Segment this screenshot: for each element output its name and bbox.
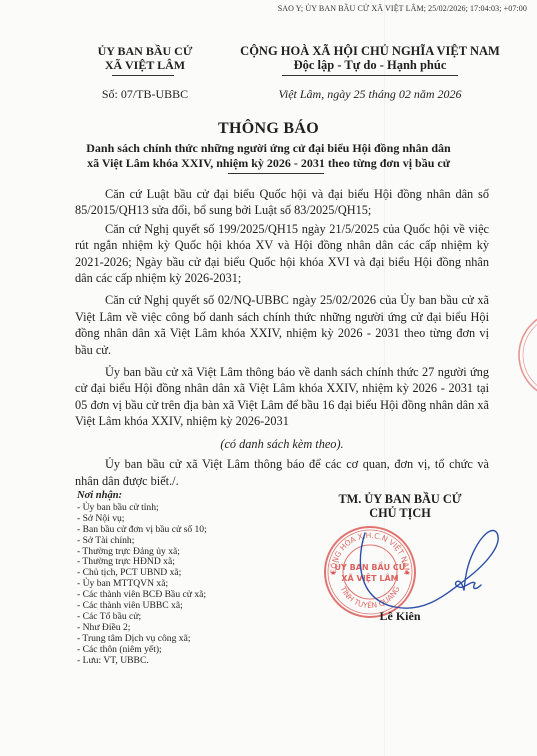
subtitle-underline bbox=[228, 173, 324, 174]
legal-basis-1: Căn cứ Luật bầu cử đại biểu Quốc hội và … bbox=[75, 186, 489, 219]
national-header: CỘNG HOÀ XÃ HỘI CHỦ NGHĨA VIỆT NAM Độc l… bbox=[225, 44, 515, 72]
recipients-list: - Ủy ban bầu cử tỉnh;- Sở Nội vụ;- Ban b… bbox=[77, 503, 207, 667]
agency-line1: ỦY BAN BẦU CỬ bbox=[60, 44, 230, 58]
signature-block: TM. ỦY BAN BẦU CỬ CHỦ TỊCH bbox=[300, 492, 500, 520]
partial-seal-icon bbox=[515, 300, 537, 410]
document-subtitle: Danh sách chính thức những người ứng cử … bbox=[40, 141, 497, 171]
signer-name: Lê Kiên bbox=[300, 609, 500, 624]
recipients-title: Nơi nhận: bbox=[77, 491, 207, 502]
attachment-note: (có danh sách kèm theo). bbox=[75, 436, 489, 452]
country-name: CỘNG HOÀ XÃ HỘI CHỦ NGHĨA VIỆT NAM bbox=[225, 44, 515, 58]
recipient-item: - Lưu: VT, UBBC. bbox=[77, 656, 207, 667]
signer-position: CHỦ TỊCH bbox=[300, 506, 500, 520]
recipient-item: - Ban bầu cử đơn vị bầu cử số 10; bbox=[77, 525, 207, 536]
on-behalf-label: TM. ỦY BAN BẦU CỬ bbox=[300, 492, 500, 506]
recipient-item: - Sở Tài chính; bbox=[77, 536, 207, 547]
legal-basis-2: Căn cứ Nghị quyết số 199/2025/QH15 ngày … bbox=[75, 221, 489, 287]
announcement-paragraph: Ủy ban bầu cử xã Việt Lâm thông báo về d… bbox=[75, 364, 489, 430]
motto: Độc lập - Tự do - Hạnh phúc bbox=[225, 58, 515, 72]
recipients-block: Nơi nhận: - Ủy ban bầu cử tỉnh;- Sở Nội … bbox=[77, 491, 207, 667]
copy-stamp: SAO Y; ỦY BAN BẦU CỬ XÃ VIỆT LÂM; 25/02/… bbox=[278, 4, 527, 13]
place-date: Việt Lâm, ngày 25 tháng 02 năm 2026 bbox=[225, 87, 515, 102]
document-body: Căn cứ Luật bầu cử đại biểu Quốc hội và … bbox=[75, 186, 489, 495]
svg-text:★: ★ bbox=[330, 569, 336, 577]
subtitle-line1: Danh sách chính thức những người ứng cử … bbox=[40, 141, 497, 156]
agency-underline bbox=[112, 75, 174, 76]
legal-basis-3: Căn cứ Nghị quyết số 02/NQ-UBBC ngày 25/… bbox=[75, 292, 489, 358]
subtitle-line2: xã Việt Lâm khóa XXIV, nhiệm kỳ 2026 - 2… bbox=[40, 156, 497, 171]
closing-paragraph: Ủy ban bầu cử xã Việt Lâm thông báo để c… bbox=[75, 456, 489, 489]
agency-line2: XÃ VIỆT LÂM bbox=[60, 58, 230, 72]
issuing-agency: ỦY BAN BẦU CỬ XÃ VIỆT LÂM bbox=[60, 44, 230, 72]
document-number: Số: 07/TB-UBBC bbox=[60, 87, 230, 102]
document-title: THÔNG BÁO bbox=[0, 120, 537, 138]
motto-underline bbox=[282, 75, 458, 76]
recipient-item: - Các thôn (niêm yết); bbox=[77, 645, 207, 656]
